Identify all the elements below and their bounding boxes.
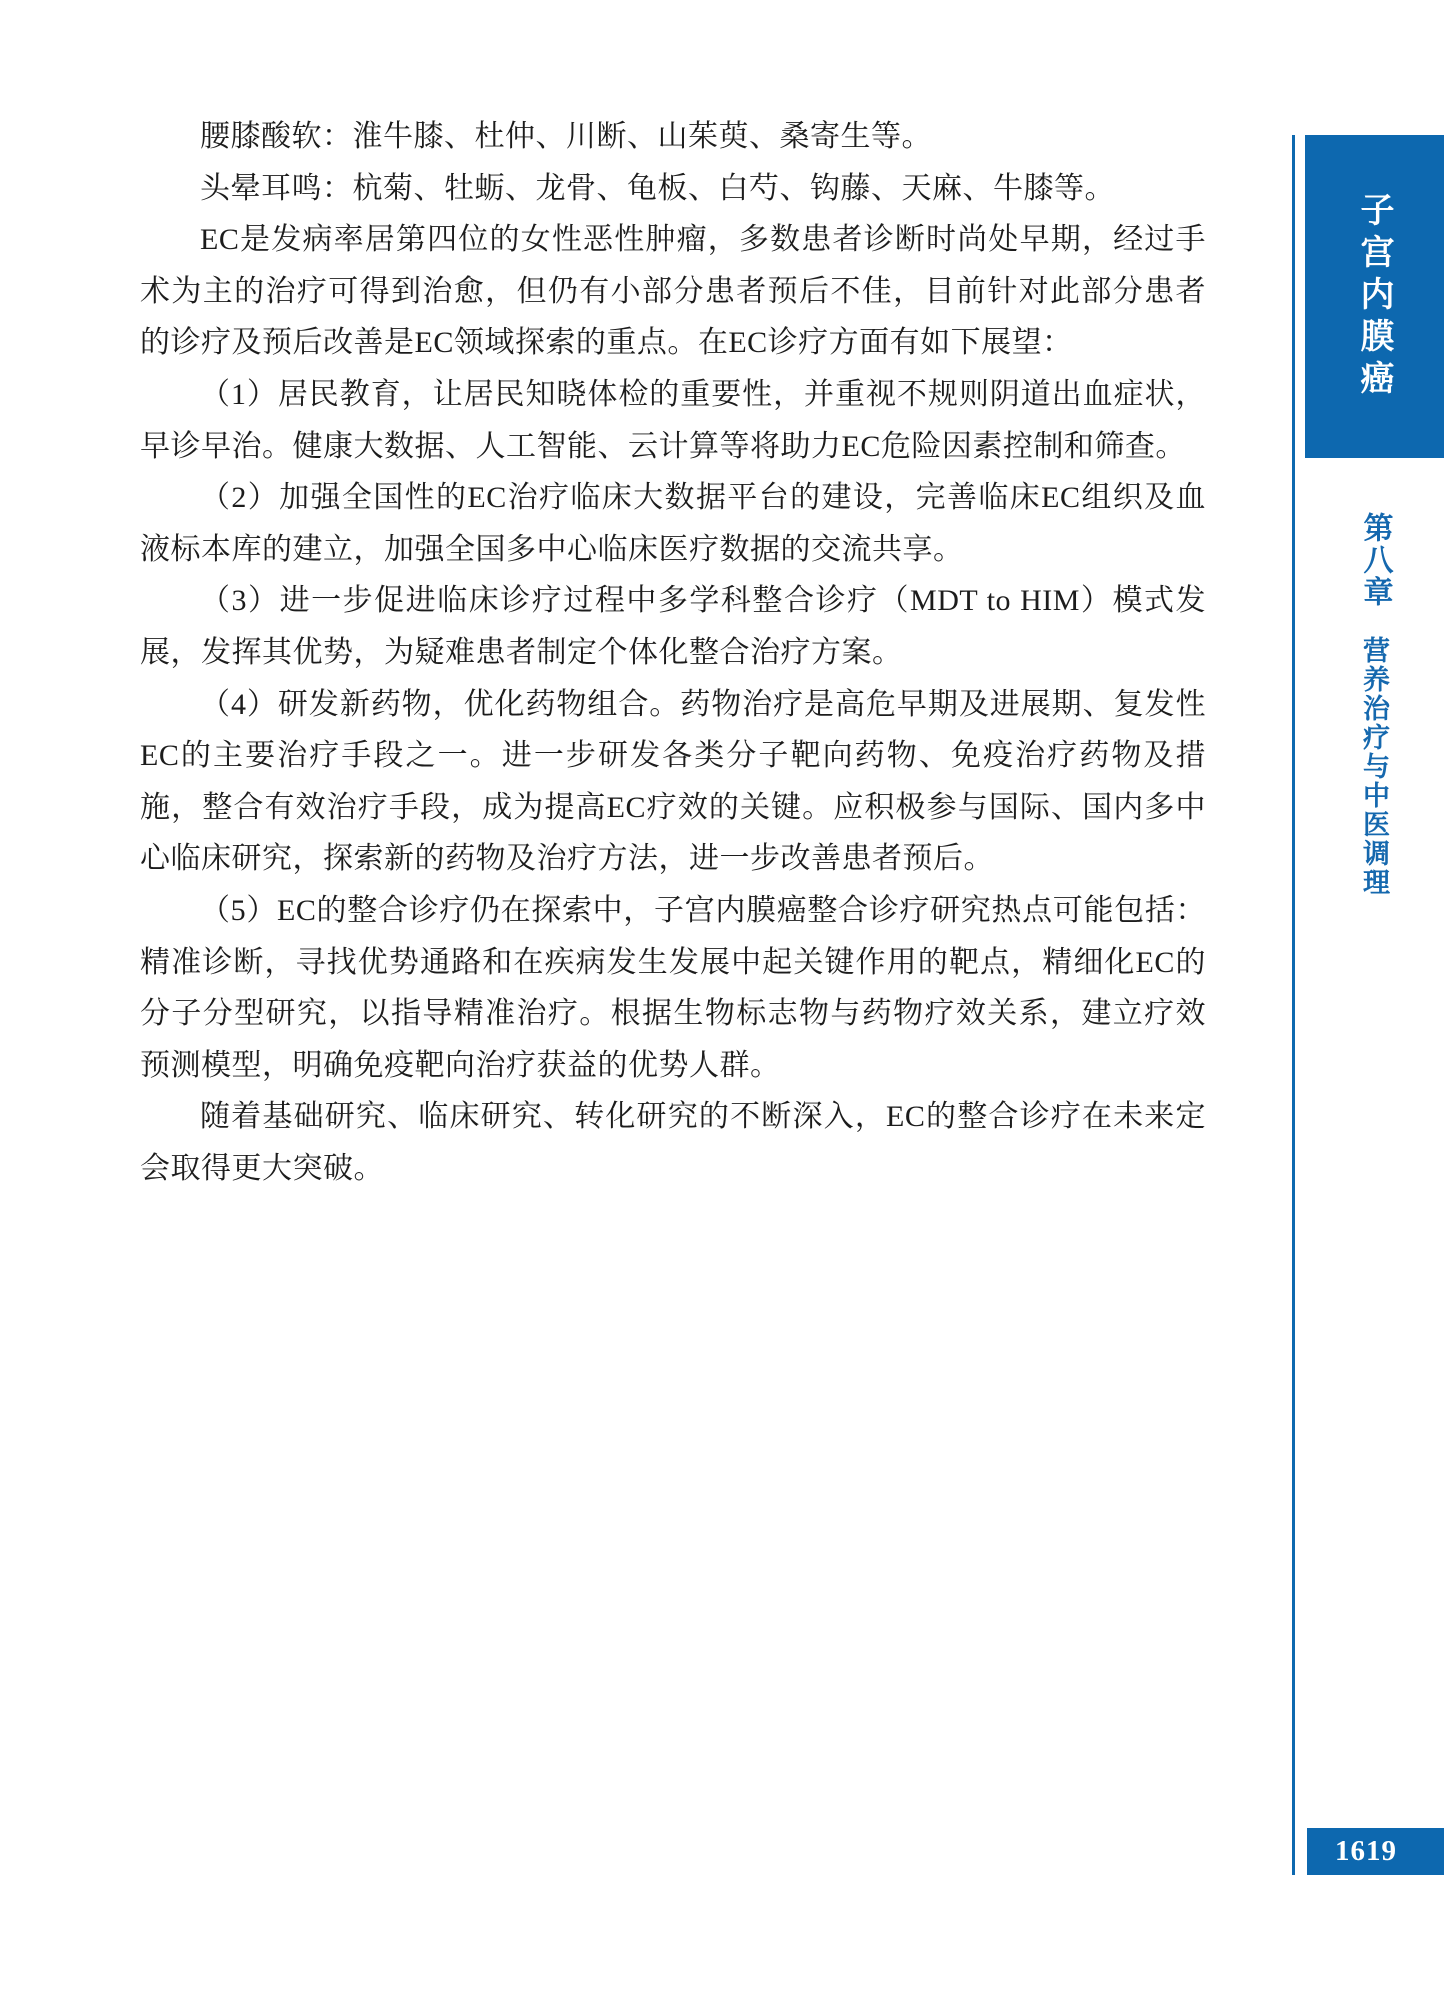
body-paragraph: 随着基础研究、临床研究、转化研究的不断深入，EC的整合诊疗在未来定会取得更大突破… <box>140 1091 1206 1194</box>
body-paragraph: （3）进一步促进临床诊疗过程中多学科整合诊疗（MDT to HIM）模式发展，发… <box>140 575 1206 678</box>
body-paragraph: 头晕耳鸣：杭菊、牡蛎、龙骨、龟板、白芍、钩藤、天麻、牛膝等。 <box>140 163 1206 215</box>
body-paragraph: 腰膝酸软：淮牛膝、杜仲、川断、山茱萸、桑寄生等。 <box>140 111 1206 163</box>
section-tab-label: 子宫内膜癌 <box>1350 192 1399 402</box>
page-number-badge: 1619 <box>1307 1828 1444 1875</box>
body-paragraph: EC是发病率居第四位的女性恶性肿瘤，多数患者诊断时尚处早期，经过手术为主的治疗可… <box>140 214 1206 369</box>
body-paragraph: （4）研发新药物，优化药物组合。药物治疗是高危早期及进展期、复发性EC的主要治疗… <box>140 679 1206 885</box>
body-paragraph: （2）加强全国性的EC治疗临床大数据平台的建设，完善临床EC组织及血液标本库的建… <box>140 472 1206 575</box>
section-tab: 子宫内膜癌 <box>1305 135 1444 458</box>
body-paragraph: （5）EC的整合诊疗仍在探索中，子宫内膜癌整合诊疗研究热点可能包括：精准诊断，寻… <box>140 885 1206 1091</box>
chapter-title: 营养治疗与中医调理 <box>1355 636 1394 897</box>
page-number: 1619 <box>1335 1835 1397 1868</box>
chapter-number: 第八章 <box>1353 512 1397 608</box>
sidebar-divider-rule <box>1292 135 1295 1875</box>
chapter-label: 第八章 营养治疗与中医调理 <box>1305 512 1444 897</box>
book-page: 腰膝酸软：淮牛膝、杜仲、川断、山茱萸、桑寄生等。 头晕耳鸣：杭菊、牡蛎、龙骨、龟… <box>0 0 1444 2010</box>
body-paragraph: （1）居民教育，让居民知晓体检的重要性，并重视不规则阴道出血症状，早诊早治。健康… <box>140 369 1206 472</box>
body-text-block: 腰膝酸软：淮牛膝、杜仲、川断、山茱萸、桑寄生等。 头晕耳鸣：杭菊、牡蛎、龙骨、龟… <box>140 111 1206 1194</box>
